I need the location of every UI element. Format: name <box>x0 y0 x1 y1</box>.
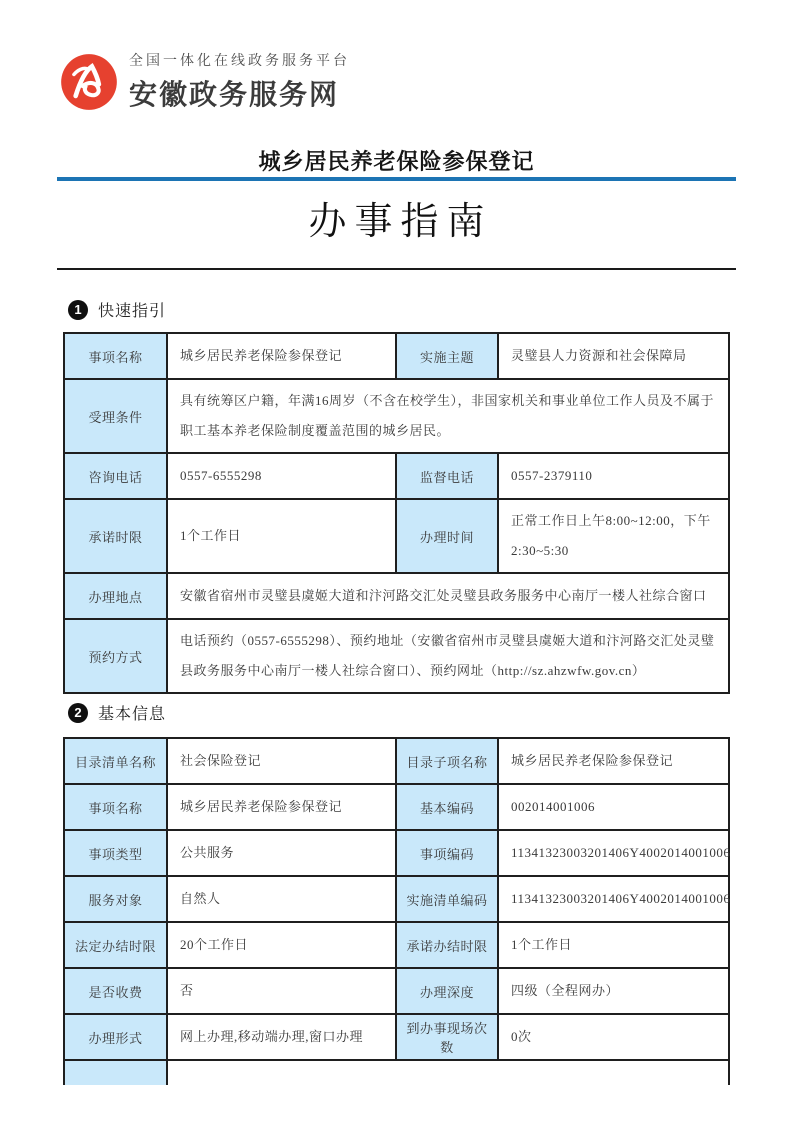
anhui-gov-logo-icon <box>60 53 118 111</box>
field-value-cell: 20个工作日 <box>167 922 396 968</box>
basic-info-table: 目录清单名称社会保险登记目录子项名称城乡居民养老保险参保登记事项名称城乡居民养老… <box>63 737 730 1085</box>
title-thin-divider <box>57 268 736 270</box>
field-value-cell: 网上办理,移动端办理,窗口办理 <box>167 1014 396 1060</box>
field-label-cell: 预约方式 <box>64 619 167 693</box>
section-number-badge: 1 <box>68 300 88 320</box>
quick-guide-table: 事项名称城乡居民养老保险参保登记实施主题灵璧县人力资源和社会保障局受理条件具有统… <box>63 332 730 694</box>
field-label-cell: 到办事现场次数 <box>396 1014 498 1060</box>
basic-info-table-wrap: 目录清单名称社会保险登记目录子项名称城乡居民养老保险参保登记事项名称城乡居民养老… <box>63 737 730 1085</box>
quick-guide-table-wrap: 事项名称城乡居民养老保险参保登记实施主题灵璧县人力资源和社会保障局受理条件具有统… <box>63 332 730 694</box>
field-label-cell: 办理深度 <box>396 968 498 1014</box>
table-row: 法定办结时限20个工作日承诺办结时限1个工作日 <box>64 922 729 968</box>
table-row: 咨询电话0557-6555298监督电话0557-2379110 <box>64 453 729 499</box>
section-title: 快速指引 <box>98 298 166 321</box>
field-value-cell: 正常工作日上午8:00~12:00，下午2:30~5:30 <box>498 499 729 573</box>
field-label-cell: 目录子项名称 <box>396 738 498 784</box>
field-label-cell: 事项编码 <box>396 830 498 876</box>
field-label-cell: 事项名称 <box>64 333 167 379</box>
table-row: 事项名称城乡居民养老保险参保登记实施主题灵璧县人力资源和社会保障局 <box>64 333 729 379</box>
field-value-cell: 电话预约（0557-6555298）、预约地址（安徽省宿州市灵璧县虞姬大道和汴河… <box>167 619 729 693</box>
field-value-cell: 城乡居民养老保险参保登记 <box>498 738 729 784</box>
field-value-cell: 11341323003201406Y4002014001006 <box>498 876 729 922</box>
field-value-cell: 0557-6555298 <box>167 453 396 499</box>
field-label-cell: 目录清单名称 <box>64 738 167 784</box>
field-label-cell: 事项类型 <box>64 830 167 876</box>
service-item-subtitle: 城乡居民养老保险参保登记 <box>0 145 793 176</box>
field-label-cell: 实施清单编码 <box>396 876 498 922</box>
section-number-badge: 2 <box>68 703 88 723</box>
field-value-cell: 11341323003201406Y400201400100601 <box>498 830 729 876</box>
site-brand-text: 全国一体化在线政务服务平台 安徽政务服务网 <box>129 50 350 113</box>
field-label-cell: 监督电话 <box>396 453 498 499</box>
field-value-cell: 自然人 <box>167 876 396 922</box>
section-header-basic-info: 2 基本信息 <box>68 701 166 724</box>
site-brand: 全国一体化在线政务服务平台 安徽政务服务网 <box>60 50 350 113</box>
field-label-cell: 办理形式 <box>64 1014 167 1060</box>
field-label-cell: 咨询电话 <box>64 453 167 499</box>
table-row: 办理形式网上办理,移动端办理,窗口办理到办事现场次数0次 <box>64 1014 729 1060</box>
table-row <box>64 1060 729 1085</box>
field-label-cell: 承诺办结时限 <box>396 922 498 968</box>
field-value-cell: 社会保险登记 <box>167 738 396 784</box>
platform-label: 全国一体化在线政务服务平台 <box>129 50 350 70</box>
field-label-cell: 法定办结时限 <box>64 922 167 968</box>
table-row: 事项类型公共服务事项编码11341323003201406Y4002014001… <box>64 830 729 876</box>
field-label-cell: 办理地点 <box>64 573 167 619</box>
field-value-cell <box>167 1060 729 1085</box>
table-row: 受理条件具有统筹区户籍，年满16周岁（不含在校学生），非国家机关和事业单位工作人… <box>64 379 729 453</box>
table-row: 事项名称城乡居民养老保险参保登记基本编码002014001006 <box>64 784 729 830</box>
field-label-cell: 办理时间 <box>396 499 498 573</box>
field-value-cell: 1个工作日 <box>167 499 396 573</box>
field-label-cell: 基本编码 <box>396 784 498 830</box>
field-value-cell: 安徽省宿州市灵璧县虞姬大道和汴河路交汇处灵璧县政务服务中心南厅一楼人社综合窗口 <box>167 573 729 619</box>
field-label-cell: 事项名称 <box>64 784 167 830</box>
field-label-cell: 承诺时限 <box>64 499 167 573</box>
field-value-cell: 城乡居民养老保险参保登记 <box>167 333 396 379</box>
table-row: 预约方式电话预约（0557-6555298）、预约地址（安徽省宿州市灵璧县虞姬大… <box>64 619 729 693</box>
table-row: 服务对象自然人实施清单编码11341323003201406Y400201400… <box>64 876 729 922</box>
section-title: 基本信息 <box>98 701 166 724</box>
table-row: 目录清单名称社会保险登记目录子项名称城乡居民养老保险参保登记 <box>64 738 729 784</box>
table-row: 承诺时限1个工作日办理时间正常工作日上午8:00~12:00，下午2:30~5:… <box>64 499 729 573</box>
field-value-cell: 城乡居民养老保险参保登记 <box>167 784 396 830</box>
field-label-cell: 实施主题 <box>396 333 498 379</box>
field-value-cell: 公共服务 <box>167 830 396 876</box>
field-value-cell: 四级（全程网办） <box>498 968 729 1014</box>
field-value-cell: 否 <box>167 968 396 1014</box>
field-value-cell: 0次 <box>498 1014 729 1060</box>
field-value-cell: 灵璧县人力资源和社会保障局 <box>498 333 729 379</box>
field-label-cell: 服务对象 <box>64 876 167 922</box>
field-value-cell: 002014001006 <box>498 784 729 830</box>
site-name: 安徽政务服务网 <box>129 73 350 113</box>
page-title: 办事指南 <box>0 190 793 245</box>
field-value-cell: 具有统筹区户籍，年满16周岁（不含在校学生），非国家机关和事业单位工作人员及不属… <box>167 379 729 453</box>
field-label-cell <box>64 1060 167 1085</box>
section-header-quick-guide: 1 快速指引 <box>68 298 166 321</box>
field-label-cell: 受理条件 <box>64 379 167 453</box>
title-blue-divider <box>57 177 736 181</box>
service-guide-page: 全国一体化在线政务服务平台 安徽政务服务网 城乡居民养老保险参保登记 办事指南 … <box>0 0 793 1122</box>
field-value-cell: 0557-2379110 <box>498 453 729 499</box>
table-row: 办理地点安徽省宿州市灵璧县虞姬大道和汴河路交汇处灵璧县政务服务中心南厅一楼人社综… <box>64 573 729 619</box>
table-row: 是否收费否办理深度四级（全程网办） <box>64 968 729 1014</box>
field-value-cell: 1个工作日 <box>498 922 729 968</box>
field-label-cell: 是否收费 <box>64 968 167 1014</box>
